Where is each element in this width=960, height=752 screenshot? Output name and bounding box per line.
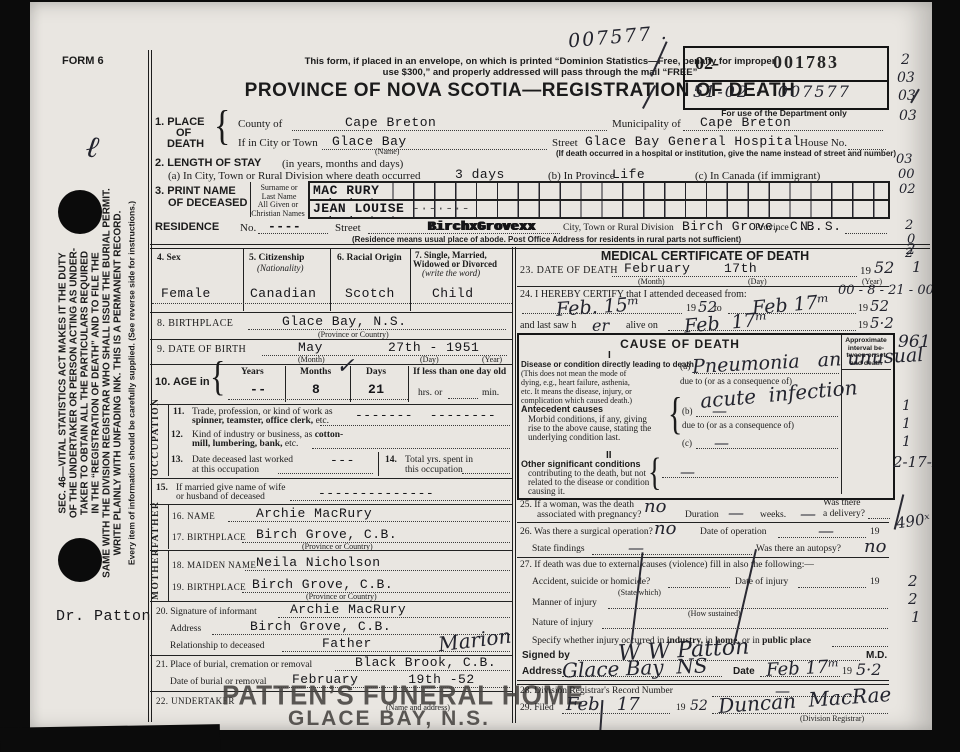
s1-county-line	[292, 129, 607, 131]
s20-addr-value: Birch Grove, C.B.	[250, 619, 391, 634]
s24-h2: 52	[870, 297, 889, 315]
s26-op-label: Date of operation	[700, 527, 766, 537]
s3-given-label: All Given or Christian Names	[250, 200, 306, 218]
s26-bottom	[517, 556, 889, 558]
undertaker-stamp-line2: GLACE BAY, N.S.	[288, 707, 490, 731]
s13-t1: Date deceased last worked	[192, 455, 293, 465]
s3-label1: 3. PRINT NAME	[155, 185, 236, 197]
s11-line	[320, 424, 510, 426]
s24-y1: 19	[686, 303, 696, 314]
s9-bottom	[150, 363, 512, 365]
scan-edge-right	[932, 0, 960, 752]
s15-value: --------------	[318, 486, 434, 501]
s11-t2: spinner, teamster, office clerk, etc.	[192, 416, 329, 426]
s10-brace: {	[210, 352, 225, 400]
s27-nature-label: Nature of injury	[532, 618, 593, 628]
s10-dotline	[228, 398, 408, 400]
s14-num: 14.	[385, 455, 397, 465]
date-y19: 19	[842, 666, 852, 677]
scanned-death-registration: { "header": { "form_no": "FORM 6", "noti…	[0, 0, 960, 752]
sidebar-line3: TAKER TO OBTAIN ALL THE PARTICULARS REQU…	[80, 151, 91, 616]
s8-value: Glace Bay, N.S.	[282, 314, 407, 329]
form-left-border	[148, 50, 152, 722]
s1-municipality-label: Municipality of	[612, 118, 681, 130]
cause-b-label: (b)	[682, 406, 693, 416]
s27-specify-line	[832, 645, 888, 647]
date-value: Feb 17ᵐ	[766, 656, 840, 681]
s23-day: 17th	[724, 261, 757, 276]
s7-sub: (write the word)	[422, 268, 480, 278]
res-city-label: City, Town or Rural Division	[563, 223, 674, 233]
s1-county-label: County of	[238, 118, 282, 130]
s3-surname-comb	[308, 181, 890, 201]
s24-margin-note: 00 - 8 - 21 - 00	[838, 283, 934, 298]
cause-a-label: (a)	[680, 362, 691, 372]
margin-note-h2: 03	[897, 70, 915, 86]
father-bottom	[150, 549, 512, 551]
s10-bottom	[150, 403, 512, 405]
s1-house-label: House No.	[800, 137, 847, 149]
s13-line	[278, 472, 373, 474]
s16-label: 16. Name	[172, 511, 215, 521]
s1-brace: {	[214, 103, 230, 151]
cause-b-dash: —	[712, 402, 727, 420]
s11-14-bottom	[150, 477, 512, 479]
s25-line2: associated with pregnancy?	[537, 510, 641, 520]
s27-manner-label: Manner of injury	[532, 598, 597, 608]
s27-margin1: 2	[908, 572, 918, 590]
s18-label: 18. Maiden Name	[172, 560, 256, 570]
s12-t2: mill, lumbering, bank, etc.	[192, 439, 298, 449]
s25-weeks-label: weeks.	[760, 510, 786, 520]
s27-y19: 19	[870, 577, 880, 587]
s2-paren: (in years, months and days)	[282, 158, 403, 170]
s27-manner-line	[608, 607, 888, 609]
s23-margin-a: 2	[906, 240, 916, 258]
margin-note-h4: 03	[899, 108, 917, 124]
s18-value: Neila Nicholson	[256, 555, 381, 570]
s12-num: 12.	[171, 430, 183, 440]
s13-value: ---	[330, 453, 355, 468]
s26-label: 26. Was there a surgical operation?	[520, 527, 653, 537]
s15-t2: or husband of deceased	[176, 492, 265, 502]
s14-t2: this occupation	[405, 465, 463, 475]
s10-hrs-line	[448, 397, 478, 399]
cause-c-label: (c)	[682, 438, 692, 448]
s10-checkmark: ✓	[336, 354, 354, 379]
cause-dueto2: due to (or as a consequence of)	[682, 420, 794, 430]
s19-value: Birch Grove, C.B.	[252, 577, 393, 592]
s27-accident-label: Accident, suicide or homicide?	[532, 577, 650, 587]
sig-bottom	[517, 680, 889, 685]
s10-days: 21	[368, 382, 385, 397]
s2-label: 2. LENGTH OF STAY	[155, 157, 261, 169]
s1-municipality-value: Cape Breton	[700, 115, 791, 130]
s10-less-label: If less than one day old	[413, 367, 506, 377]
s3-label2: OF DECEASED	[168, 197, 247, 209]
res-prov-line	[845, 232, 887, 234]
mother-rule	[168, 551, 169, 601]
s27-accident-line	[668, 586, 730, 588]
s4-7-bottom	[150, 311, 512, 313]
s21-label: 21. Place of burial, cremation or remova…	[156, 660, 312, 670]
cause-ant-desc3: underlying condition last.	[528, 432, 620, 442]
s20-label: 20. Signature of informant	[156, 607, 257, 617]
s23-bottom	[517, 285, 889, 287]
s1-name-note: (Name)	[375, 147, 399, 156]
s19-label: 19. Birthplace	[172, 582, 246, 592]
s23-month: February	[624, 261, 690, 276]
address-label: Address	[522, 666, 562, 677]
s10-div3	[408, 366, 409, 402]
res-note: (Residence means usual place of abode. P…	[352, 235, 741, 244]
department-box: 02- 001783 51-02 - 007577	[683, 46, 889, 110]
s14-line	[462, 472, 510, 474]
s1-county-value: Cape Breton	[345, 115, 436, 130]
s29-year: 52	[690, 698, 708, 714]
s13-14-divider	[378, 452, 379, 476]
dr-patton-note: Dr. Patton	[56, 608, 151, 625]
cause-brace-bc: {	[668, 390, 682, 441]
form-number: FORM 6	[62, 55, 104, 67]
cause-margin-1a: 1	[902, 398, 911, 414]
s10-years-label: Years	[241, 367, 264, 377]
s24-y3: 19	[858, 320, 868, 331]
s27-margin2: 2	[908, 590, 918, 608]
s25-delivery-line	[868, 517, 890, 519]
s9-label: 9. DATE OF BIRTH	[157, 344, 246, 355]
s25-pregnancy-value: no	[644, 496, 666, 517]
s27-intro: 27. If death was due to external causes …	[520, 560, 814, 570]
s2-a-value: 3 days	[455, 167, 505, 182]
s29-y19: 19	[676, 703, 686, 713]
s1-street-label: Street	[552, 137, 578, 149]
s8-label: 8. BIRTHPLACE	[157, 318, 233, 329]
s10-min-label: min.	[482, 388, 499, 398]
s27-state-which: (State which)	[618, 588, 661, 597]
s2-margin2: 00	[898, 167, 915, 182]
scan-edge-left	[0, 0, 30, 752]
s9-month: May	[298, 340, 323, 355]
s27-dateinj-line	[798, 586, 866, 588]
s13-t2: at this occupation	[192, 465, 259, 475]
s25-duration-label: Duration	[685, 510, 719, 520]
s3-given-value: JEAN LOUISE	[313, 201, 404, 216]
s2-b-value: Life	[612, 167, 645, 182]
cause-other-dash: —	[680, 463, 695, 481]
s3-surname-value: MAC RURY	[313, 183, 379, 198]
s25-delivery-label1: Was there	[823, 498, 860, 508]
s5-label: 5. Citizenship	[249, 253, 304, 263]
s4-7-dotline	[152, 302, 512, 304]
sidebar-line2: OF THE UNDERTAKER OR PERSON ACTING AS UN…	[69, 151, 80, 616]
medical-header: MEDICAL CERTIFICATE OF DEATH	[520, 249, 890, 263]
date-label: Date	[733, 666, 755, 677]
s26-findings-label: State findings	[532, 544, 585, 554]
cause-antecedent: Antecedent causes	[521, 404, 603, 414]
sidebar-notice: SEC. 46—VITAL STATISTICS ACT MAKES IT TH…	[58, 151, 154, 616]
s9-day: 27th - 1951	[388, 340, 479, 355]
sidebar-line6: WRITE PLAINLY WITH UNFADING INK. THIS IS…	[113, 151, 124, 616]
cause-desc2: (This does not mean the mode of	[521, 369, 626, 378]
s16-value: Archie MacRury	[256, 506, 372, 521]
s20-value: Archie MacRury	[290, 602, 406, 617]
father-vertical-label: FATHER	[151, 506, 161, 548]
s14-t1: Total yrs. spent in	[405, 455, 473, 465]
s15-num: 15.	[156, 483, 168, 493]
father-rule	[168, 505, 169, 549]
s26-op-dash: —	[818, 521, 834, 540]
s6-label: 6. Racial Origin	[337, 253, 402, 263]
s27-how-sustained: (How sustained)	[688, 609, 741, 618]
margin-note-h1: 2	[901, 52, 910, 68]
res-no-value: ----	[268, 219, 301, 234]
s10-months-label: Months	[300, 367, 331, 377]
s29-label: 29. Filed	[520, 703, 554, 713]
s12-line	[312, 447, 510, 449]
sidebar-line7: Every item of information should be care…	[127, 151, 137, 616]
res-no-label: No.	[240, 222, 256, 234]
s10-years: --	[250, 382, 267, 397]
s20-addr-label: Address	[170, 624, 201, 634]
dept-prefix: 02-	[695, 53, 719, 74]
s10-days-label: Days	[366, 367, 386, 377]
s23-label: 23. DATE OF DEATH	[520, 265, 618, 276]
s25-delivery-label2: a delivery?	[823, 509, 865, 519]
s26-operation-value: no	[654, 518, 676, 539]
s26-autopsy-value: no	[864, 536, 886, 557]
s26-findings-line	[592, 553, 752, 555]
date-year: 5·2	[856, 660, 881, 679]
s26-autopsy-label: Was there an autopsy?	[756, 544, 841, 554]
s6-value: Scotch	[345, 286, 395, 301]
s21-value: Black Brook, C.B.	[355, 655, 496, 670]
sidebar-line1: SEC. 46—VITAL STATISTICS ACT MAKES IT TH…	[58, 151, 69, 616]
dept-stamp-number: 001783	[773, 52, 839, 73]
s11-value: ------- --------	[355, 408, 496, 423]
cause-desc3: dying, e.g., heart failure, asthenia,	[521, 378, 630, 387]
s24-y2: 19	[858, 303, 868, 314]
mother-vertical-label: MOTHER	[151, 554, 161, 600]
s4-value: Female	[161, 286, 211, 301]
s1-hospital-note: (If death occurred in a hospital or inst…	[556, 149, 896, 158]
address-value: Glace Bay NS	[562, 653, 708, 682]
res-prov-label: Province	[755, 223, 789, 233]
s1-street-value: Glace Bay General Hospital	[585, 134, 801, 149]
s15-bottom	[150, 503, 512, 505]
cause-margin-1b: 1	[902, 416, 911, 432]
s1-city-label: If in City or Town	[238, 137, 318, 149]
s10-months: 8	[312, 382, 320, 397]
s11-num: 11.	[173, 407, 184, 417]
s4-label: 4. Sex	[157, 253, 181, 263]
occupation-rule	[168, 404, 169, 476]
s3-surname-label: Surname or Last Name	[252, 183, 306, 201]
s20-rel-label: Relationship to deceased	[170, 641, 264, 651]
cause-other-desc3: causing it.	[528, 486, 565, 496]
s29-caption: (Division Registrar)	[800, 714, 864, 723]
s17-value: Birch Grove, C.B.	[256, 527, 397, 542]
cause-c-dash: —	[714, 434, 729, 452]
s10-label: 10. AGE in	[155, 376, 210, 388]
s23-year: 52	[874, 258, 894, 277]
scan-edge-bottom-left	[0, 724, 220, 752]
sidebar-line5: SAME WITH THE DIVISION REGISTRAR WHO SHA…	[102, 151, 113, 616]
occupation-vertical-label: OCCUPATION	[151, 404, 161, 476]
cause-margin-1c: 1	[902, 434, 911, 450]
s25-line1: 25. If a woman, was the death	[520, 500, 634, 510]
s3-given-dashes: -·-·-·-	[412, 201, 470, 216]
s23-margin-b: 1	[912, 258, 922, 276]
s23-y19: 19	[860, 265, 871, 277]
s27-dateinj-label: Date of injury	[735, 577, 788, 587]
s5-value: Canadian	[250, 286, 316, 301]
res-prov-value: N. S.	[800, 219, 842, 234]
s17-label: 17. Birthplace	[172, 532, 246, 542]
s27-margin3: 1	[911, 608, 921, 626]
s1-num3: DEATH	[167, 138, 204, 150]
s27-nature-line	[602, 627, 888, 629]
s20-rel-value: Father	[322, 636, 372, 651]
sidebar-line4: IN THE “REGISTRATION OF DEATH” AND TO FI…	[91, 151, 102, 616]
s24-last-label: and last saw h	[520, 320, 576, 331]
cause-desc4: etc. It means the disease, injury, or	[521, 387, 632, 396]
s5-sub: (Nationality)	[257, 263, 304, 273]
s2-margin3: 02	[899, 182, 916, 197]
s7-value: Child	[432, 286, 474, 301]
res-street-label: Street	[335, 222, 361, 234]
res-street-struck: BirchxGrovexx	[428, 219, 536, 234]
res-margin1: 2	[905, 218, 913, 233]
s24-h3: 5·2	[870, 314, 894, 332]
s10-div1	[285, 366, 286, 402]
s25-duration-dash: —	[728, 503, 744, 522]
res-label: RESIDENCE	[155, 221, 219, 233]
s10-hrs-label: hrs. or	[418, 388, 442, 398]
column-divider	[512, 247, 516, 723]
s2-margin1: 03	[896, 152, 913, 167]
cause-desc1: Disease or condition directly leading to…	[521, 360, 694, 369]
dept-handwritten-number: 51-02 - 007577	[693, 82, 851, 101]
s13-num: 13.	[171, 455, 183, 465]
cause-title: CAUSE OF DEATH	[560, 337, 800, 351]
s24-alive-label: alive on	[626, 320, 658, 331]
cause-brace-other: {	[648, 452, 661, 497]
